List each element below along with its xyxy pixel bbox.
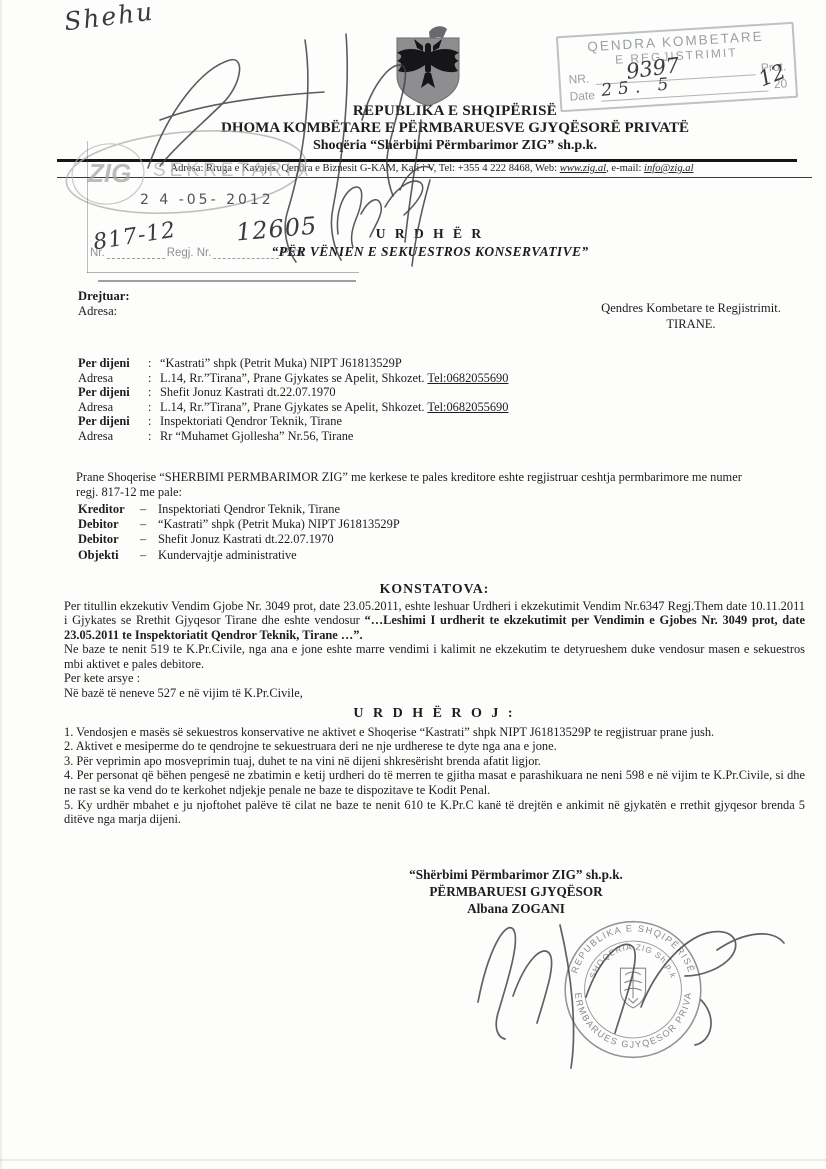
parties-block: Kreditor–Inspektoriati Qendror Teknik, T… (78, 502, 400, 563)
order-title-block: U R D H Ë R “PËR VËNIEN E SEKUESTROS KON… (60, 226, 800, 260)
handwritten-annotation-shehu: Shehu (63, 0, 156, 36)
albania-coat-of-arms-emblem (392, 26, 464, 110)
drejtuar-label: Drejtuar: (78, 289, 130, 304)
order-item: 3. Për veprimin apo mosveprimin tuaj, du… (64, 754, 805, 769)
order-heading: U R D H Ë R (60, 226, 800, 242)
signature-block: “Shërbimi Përmbarimor ZIG” sh.p.k. PËRMB… (340, 866, 692, 917)
registration-office-stamp: QENDRA KOMBETARE E REGJISTRIMIT NR. Prot… (556, 22, 798, 112)
stamp-date-label: Date (569, 88, 595, 104)
party-row: Debitor–Shefit Jonuz Kastrati dt.22.07.1… (78, 532, 400, 547)
addressee-block: Drejtuar: Adresa: (78, 289, 130, 319)
addressee-institution: Qendres Kombetare te Regjistrimit. (575, 301, 807, 317)
signature-role: PËRMBARUESI GJYQËSOR (340, 883, 692, 900)
konstatova-paragraph-3: Per kete arsye : (64, 671, 805, 686)
recipient-row: Per dijeni:Inspektoriati Qendror Teknik,… (78, 414, 758, 429)
recipient-row: Per dijeni:“Kastrati” shpk (Petrit Muka)… (78, 356, 758, 371)
republic-title: REPUBLIKA E SHQIPËRISË (88, 103, 822, 120)
case-intro-line2: regj. 817-12 me pale: (76, 485, 806, 500)
party-row: Debitor–“Kastrati” shpk (Petrit Muka) NI… (78, 517, 400, 532)
konstatova-section: KONSTATOVA: Per titullin ekzekutiv Vendi… (64, 582, 805, 700)
order-item: 1. Vendosjen e masës së sekuestros konse… (64, 725, 805, 740)
phone-number: Tel:0682055690 (427, 400, 508, 414)
phone-number: Tel:0682055690 (427, 371, 508, 385)
signature-company: “Shërbimi Përmbarimor ZIG” sh.p.k. (340, 866, 692, 883)
urdheroj-heading: U R D H Ë R O J : (64, 707, 805, 722)
order-item: 2. Aktivet e mesiperme do te qendrojne t… (64, 739, 805, 754)
order-subtitle: “PËR VËNIEN E SEKUESTROS KONSERVATIVE” (60, 244, 800, 260)
konstatova-paragraph-1: Per titullin ekzekutiv Vendim Gjobe Nr. … (64, 599, 805, 643)
zig-logo-text: ZIG (87, 158, 131, 188)
protocol-box-border (98, 280, 356, 282)
case-intro-line1: Prane Shoqerise “SHERBIMI PERMBARIMOR ZI… (76, 470, 806, 485)
recipients-block: Per dijeni:“Kastrati” shpk (Petrit Muka)… (78, 356, 758, 444)
addressee-city: TIRANE. (575, 317, 807, 333)
address-text: , e-mail: (606, 163, 644, 174)
party-row: Objekti–Kundervajtje administrative (78, 548, 400, 563)
scan-edge-artifact (0, 1159, 826, 1161)
party-row: Kreditor–Inspektoriati Qendror Teknik, T… (78, 502, 400, 517)
received-date-stamp: 2 4 -05- 2012 (140, 192, 274, 208)
order-item: 4. Per personat që bëhen pengesë ne zbat… (64, 768, 805, 797)
konstatova-paragraph-4: Në bazë të neneve 527 e në vijim të K.Pr… (64, 686, 805, 701)
official-round-stamp: REPUBLIKA E SHQIPËRISË PERMBARUES GJYQES… (553, 912, 713, 1067)
recipient-row: Per dijeni:Shefit Jonuz Kastrati dt.22.0… (78, 385, 758, 400)
stamp-nr-label: NR. (568, 71, 589, 86)
recipient-row: Adresa:L.14, Rr.”Tirana”, Prane Gjykates… (78, 371, 758, 386)
urdheroj-section: U R D H Ë R O J : 1. Vendosjen e masës s… (64, 707, 805, 827)
stamp-center-eagle (620, 968, 645, 1008)
urdheroj-items: 1. Vendosjen e masës së sekuestros konse… (64, 725, 805, 827)
order-item: 5. Ky urdhër mbahet e ju njoftohet palëv… (64, 798, 805, 827)
recipient-row: Adresa:L.14, Rr.”Tirana”, Prane Gjykates… (78, 400, 758, 415)
adresa-label: Adresa: (78, 304, 130, 319)
scan-edge-artifact (0, 0, 2, 1169)
email-text: info@zig.al (644, 163, 693, 174)
case-intro: Prane Shoqerise “SHERBIMI PERMBARIMOR ZI… (76, 470, 806, 500)
sekretaria-text: SEKRETARIA (153, 160, 312, 181)
recipient-row: Adresa:Rr “Muhamet Gjollesha” Nr.56, Tir… (78, 429, 758, 444)
scanned-document-page: Shehu QENDRA KOMBETARE E REGJISTRIMIT NR… (0, 0, 826, 1169)
addressee-right-block: Qendres Kombetare te Regjistrimit. TIRAN… (575, 301, 807, 332)
website-text: www.zig.al (560, 163, 606, 174)
konstatova-heading: KONSTATOVA: (64, 582, 805, 597)
konstatova-paragraph-2: Ne baze te nenit 519 te K.Pr.Civile, nga… (64, 642, 805, 671)
protocol-box-border (87, 272, 359, 273)
